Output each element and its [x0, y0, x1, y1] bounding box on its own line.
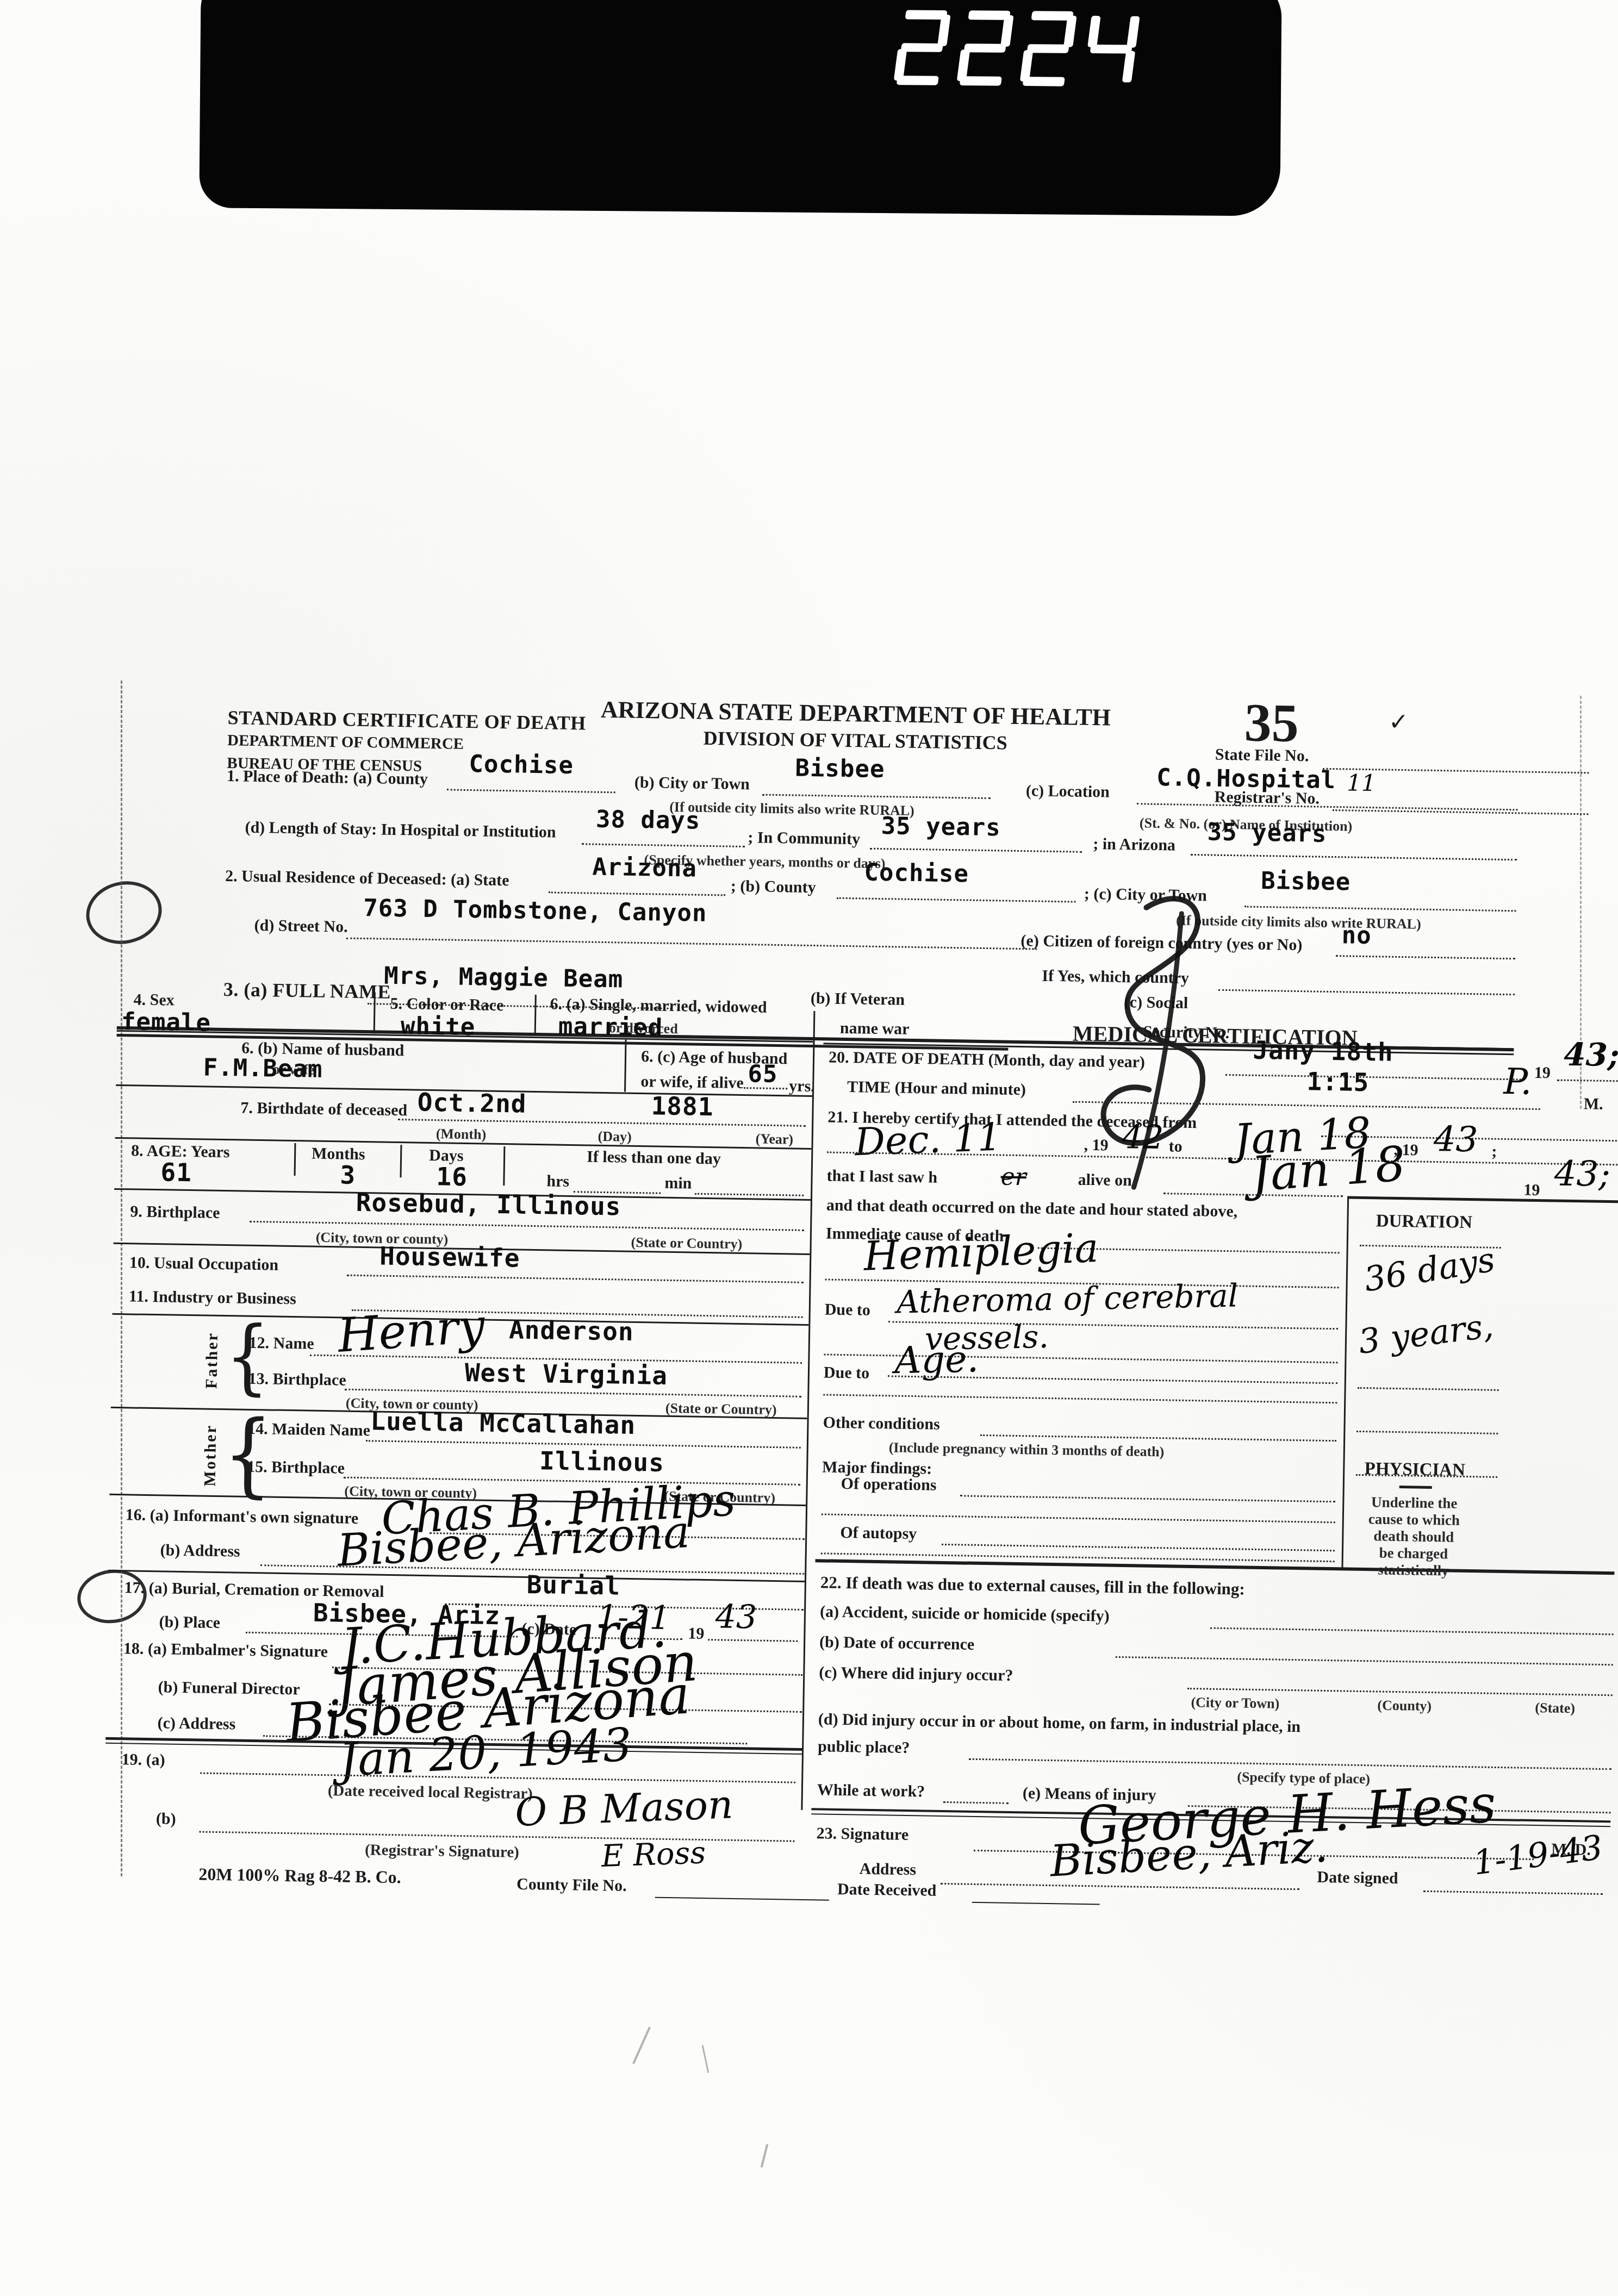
street-line	[346, 938, 1037, 950]
residence-county-label: ; (b) County	[731, 877, 816, 896]
physician-address-line	[941, 1883, 1299, 1890]
physician-address-label: Address	[859, 1860, 916, 1879]
place-of-death-label: 1. Place of Death: (a) County	[227, 767, 428, 788]
occurrence-date-label: (b) Date of occurrence	[819, 1633, 975, 1653]
stay-hospital-line	[582, 843, 745, 847]
burial-value: Burial	[526, 1570, 620, 1601]
city-or-town-caption: (City or Town)	[1191, 1694, 1279, 1712]
duration-line	[1358, 1387, 1499, 1391]
in-arizona-label: ; in Arizona	[1093, 835, 1175, 854]
registrar-number: 11	[1347, 772, 1376, 794]
funeral-director-label: (b) Funeral Director	[158, 1678, 300, 1698]
city-line	[762, 794, 991, 800]
check-mark: ✓	[1389, 709, 1409, 736]
birthdate-year-value: 1881	[651, 1091, 714, 1121]
sex-label: 4. Sex	[133, 990, 175, 1009]
medical-divider	[815, 1559, 1614, 1575]
cell-divider	[534, 995, 537, 1036]
accident-line	[1210, 1627, 1614, 1636]
death-year-value: 43;	[1564, 1040, 1618, 1070]
to-year-value: 43	[1433, 1124, 1478, 1156]
cell-divider	[294, 1143, 296, 1176]
dept-commerce-line: DEPARTMENT OF COMMERCE	[227, 732, 464, 753]
frame-number-digits	[886, 8, 1161, 94]
residence-county-line	[837, 897, 1076, 903]
last-saw-label: that I last saw h	[826, 1166, 937, 1186]
hrs-label: hrs	[546, 1172, 569, 1190]
street-value: 763 D Tombstone, Canyon	[363, 894, 707, 927]
full-name-label: 3. (a) FULL NAME	[223, 979, 391, 1003]
death-year-prefix: 19	[1534, 1064, 1551, 1082]
county-line	[447, 789, 615, 793]
spare-line	[823, 1394, 1337, 1403]
physician-note-1: Underline the	[1343, 1493, 1485, 1512]
other-conditions-line	[980, 1434, 1336, 1442]
cell-divider	[400, 1145, 402, 1177]
external-causes-label: 22. If death was due to external causes,…	[820, 1573, 1245, 1598]
full-name-value: Mrs, Maggie Beam	[384, 962, 624, 994]
other-conditions-label: Other conditions	[823, 1413, 940, 1433]
date-of-death-value: Jany 18th	[1253, 1035, 1393, 1067]
community-line	[870, 848, 1082, 853]
scan-artifact	[632, 2026, 651, 2064]
which-country-line	[1218, 989, 1515, 996]
registrar-signature-caption: (Registrar's Signature)	[365, 1841, 519, 1861]
birthdate-month-value: Oct.2nd	[417, 1088, 527, 1119]
duration-value-2: 3 years,	[1357, 1311, 1495, 1357]
husband-value: F.M.Beam	[203, 1053, 323, 1083]
cell-divider	[624, 1040, 627, 1092]
maiden-name-value: Luella McCallahan	[370, 1406, 636, 1440]
did-injury-label: (d) Did injury occur in or about home, o…	[818, 1710, 1301, 1736]
county-file-line	[655, 1897, 829, 1901]
while-at-work-line	[943, 1801, 1009, 1804]
of-operations-line	[960, 1495, 1335, 1502]
city-value: Bisbee	[795, 754, 885, 783]
state-caption: (State)	[1535, 1700, 1575, 1717]
embalmer-label: 18. (a) Embalmer's Signature	[123, 1639, 328, 1661]
street-label: (d) Street No.	[254, 916, 348, 936]
column-divider	[801, 1011, 815, 1810]
residence-state-value: Arizona	[592, 853, 697, 883]
year-caption: (Year)	[755, 1131, 793, 1147]
husband-age-line	[744, 1087, 787, 1089]
saw-year-value: 43;	[1554, 1158, 1610, 1190]
duration-value-1: 36 days	[1362, 1244, 1497, 1295]
length-of-stay-label: (d) Length of Stay: In Hospital or Insti…	[245, 819, 556, 841]
birthplace-cap2: (State or Country)	[631, 1234, 742, 1252]
birthdate-label: 7. Birthdate of deceased	[240, 1099, 407, 1120]
age-years-value: 61	[160, 1157, 192, 1187]
burial-year-line	[708, 1639, 798, 1642]
birthplace-value: Rosebud, Illinous	[356, 1188, 621, 1221]
county-file-label: County File No.	[516, 1875, 627, 1895]
public-place-line	[969, 1758, 1611, 1770]
of-autopsy-line	[942, 1544, 1335, 1551]
item19b-line	[200, 1831, 795, 1842]
page-title: ARIZONA STATE DEPARTMENT OF HEALTH	[600, 697, 1112, 731]
occupation-label: 10. Usual Occupation	[129, 1253, 279, 1274]
informant-label: 16. (a) Informant's own signature	[125, 1506, 358, 1527]
stock-note: 20M 100% Rag 8-42 B. Co.	[198, 1864, 401, 1887]
burial-label: 17. (a) Burial, Cremation or Removal	[124, 1578, 384, 1601]
county-caption: (County)	[1377, 1697, 1432, 1714]
occurrence-date-line	[1116, 1656, 1613, 1665]
informant-address-label: (b) Address	[160, 1541, 240, 1560]
last-saw-er: er	[1000, 1166, 1026, 1188]
residence-city-value: Bisbee	[1261, 867, 1351, 896]
duration-box-top	[1347, 1196, 1618, 1203]
due-to-label-1: Due to	[825, 1300, 871, 1319]
location-line	[1137, 803, 1517, 810]
min-label: min	[664, 1174, 692, 1193]
public-place-label: public place?	[818, 1737, 910, 1757]
citizen-value: no	[1341, 921, 1372, 950]
maiden-name-label: 14. Maiden Name	[247, 1420, 370, 1440]
mother-birthplace-label: 15. Birthplace	[247, 1458, 345, 1477]
funeral-address-label: (c) Address	[157, 1714, 235, 1733]
semi-label: ;	[1491, 1143, 1497, 1161]
cell-divider	[503, 1146, 505, 1186]
physician-note-5: statistically	[1342, 1561, 1484, 1580]
from-year-value: 42	[1122, 1122, 1163, 1152]
industry-label: 11. Industry or Business	[129, 1287, 296, 1308]
film-header-stamp	[199, 0, 1281, 216]
date-of-death-line	[1225, 1074, 1524, 1081]
birthplace-label: 9. Birthplace	[130, 1202, 220, 1222]
form-type-line: STANDARD CERTIFICATE OF DEATH	[227, 707, 586, 734]
age-months-label: Months	[312, 1145, 365, 1164]
item19b-label: (b)	[156, 1810, 176, 1828]
duration-title: DURATION	[1359, 1211, 1490, 1233]
due-to-value-2: Age.	[894, 1343, 979, 1377]
m-label: M.	[1584, 1095, 1603, 1113]
registrar-line	[1333, 809, 1588, 815]
burial-year-value: 43	[715, 1602, 757, 1632]
father-birthplace-value: West Virginia	[464, 1358, 668, 1390]
mother-side-label: Mother	[201, 1424, 221, 1487]
scanned-death-certificate: STANDARD CERTIFICATE OF DEATH DEPARTMENT…	[0, 0, 1618, 2296]
registrar-signature: O B Mason	[514, 1787, 733, 1830]
state-file-number: 35	[1244, 692, 1299, 753]
physician-signature-label: 23. Signature	[816, 1824, 908, 1844]
other-conditions-note: (Include pregnancy within 3 months of de…	[889, 1439, 1165, 1460]
race-label: 5. Color or Race	[390, 995, 503, 1014]
date-signed-label: Date signed	[1317, 1868, 1398, 1887]
scan-artifact	[702, 2045, 710, 2073]
last-saw-date: Jan 18	[1250, 1142, 1407, 1196]
father-name-label: 12. Name	[248, 1334, 314, 1353]
stay-hospital-value: 38 days	[596, 806, 701, 835]
death-year-line	[1557, 1080, 1618, 1082]
date-received-label: Date Received	[837, 1880, 937, 1900]
item19-label: 19. (a)	[121, 1750, 165, 1769]
arizona-value: 35 years	[1207, 818, 1327, 847]
less-than-day-label: If less than one day	[587, 1148, 721, 1168]
husband-age-label2: or wife, if alive	[640, 1072, 744, 1092]
registrar-signature-2: E Ross	[601, 1839, 706, 1870]
birthdate-line	[398, 1119, 806, 1127]
physician-note-2: cause to which	[1343, 1510, 1485, 1529]
burial-place-label: (b) Place	[159, 1613, 220, 1632]
residence-state-line	[549, 891, 725, 896]
physician-dash	[1399, 1486, 1432, 1489]
physician-note-3: death should	[1343, 1527, 1484, 1546]
state-file-label: State File No.	[1215, 746, 1309, 765]
while-at-work-label: While at work?	[817, 1781, 925, 1800]
yrs-label: yrs.	[789, 1077, 815, 1095]
in-community-label: ; In Community	[748, 828, 860, 848]
father-side-label: Father	[202, 1332, 222, 1389]
mother-birthplace-value: Illinous	[539, 1446, 664, 1477]
min-line	[695, 1193, 804, 1196]
age-months-value: 3	[340, 1160, 356, 1189]
date-signed-line	[1423, 1891, 1603, 1895]
to-label: to	[1168, 1137, 1183, 1155]
page-subtitle: DIVISION OF VITAL STATISTICS	[687, 727, 1024, 754]
physician-note-4: be charged	[1343, 1544, 1484, 1563]
cell-divider	[374, 992, 376, 1033]
location-label: (c) Location	[1026, 782, 1110, 801]
of-autopsy-label: Of autopsy	[840, 1524, 917, 1543]
findings-line	[822, 1513, 1335, 1523]
duration-line	[1356, 1431, 1498, 1434]
city-label: (b) City or Town	[634, 773, 750, 793]
father-name-typed: Anderson	[509, 1315, 634, 1346]
certificate-form: STANDARD CERTIFICATE OF DEATH DEPARTMENT…	[102, 674, 1519, 1968]
saw-year-prefix: 19	[1523, 1181, 1540, 1199]
time-value: 1:15	[1306, 1066, 1370, 1097]
location-value: C.Q.Hospital	[1156, 764, 1336, 794]
veteran-label: (b) If Veteran	[811, 989, 905, 1009]
father-birthplace-label: 13. Birthplace	[248, 1370, 346, 1389]
of-operations-label: Of operations	[841, 1475, 937, 1494]
physician-title: PHYSICIAN	[1352, 1459, 1478, 1481]
arizona-line	[1191, 854, 1517, 860]
residence-city-line	[1244, 906, 1516, 912]
residence-label: 2. Usual Residence of Deceased: (a) Stat…	[225, 867, 509, 889]
county-value: Cochise	[469, 750, 574, 779]
father-name-handwritten: Henry	[337, 1305, 487, 1358]
occupation-value: Housewife	[379, 1241, 520, 1273]
due-to-value-1: Atheroma of cerebral	[897, 1281, 1239, 1316]
time-label: TIME (Hour and minute)	[847, 1078, 1026, 1099]
scan-artifact	[761, 2144, 769, 2168]
date-received-line	[972, 1902, 1100, 1905]
date-received-value: Jan 20, 1943	[338, 1724, 633, 1781]
community-value: 35 years	[881, 812, 1001, 841]
physician-address: Bisbee, Ariz.	[1049, 1827, 1329, 1881]
veteran-label2: name war	[840, 1019, 910, 1038]
due-to-label-2: Due to	[824, 1363, 870, 1382]
residence-county-value: Cochise	[864, 858, 969, 888]
where-injury-label: (c) Where did injury occur?	[819, 1663, 1013, 1684]
date-signed-value: 1-19-43	[1472, 1832, 1604, 1879]
husband-age-value: 65	[748, 1060, 778, 1088]
accident-label: (a) Accident, suicide or homicide (speci…	[820, 1602, 1110, 1625]
occupation-line	[347, 1275, 804, 1283]
ampm-value: P.	[1503, 1065, 1532, 1098]
day-caption: (Day)	[598, 1128, 632, 1145]
date-received-caption: (Date received local Registrar)	[328, 1782, 533, 1803]
month-caption: (Month)	[436, 1126, 487, 1143]
citizen-line	[1336, 955, 1515, 959]
from-year-prefix: , 19	[1084, 1136, 1109, 1155]
city-note: (If outside city limits also write RURAL…	[669, 799, 914, 819]
age-days-value: 16	[436, 1162, 468, 1191]
alive-on-label: alive on	[1078, 1171, 1132, 1190]
immediate-cause-value: Hemiplegia	[863, 1230, 1099, 1275]
